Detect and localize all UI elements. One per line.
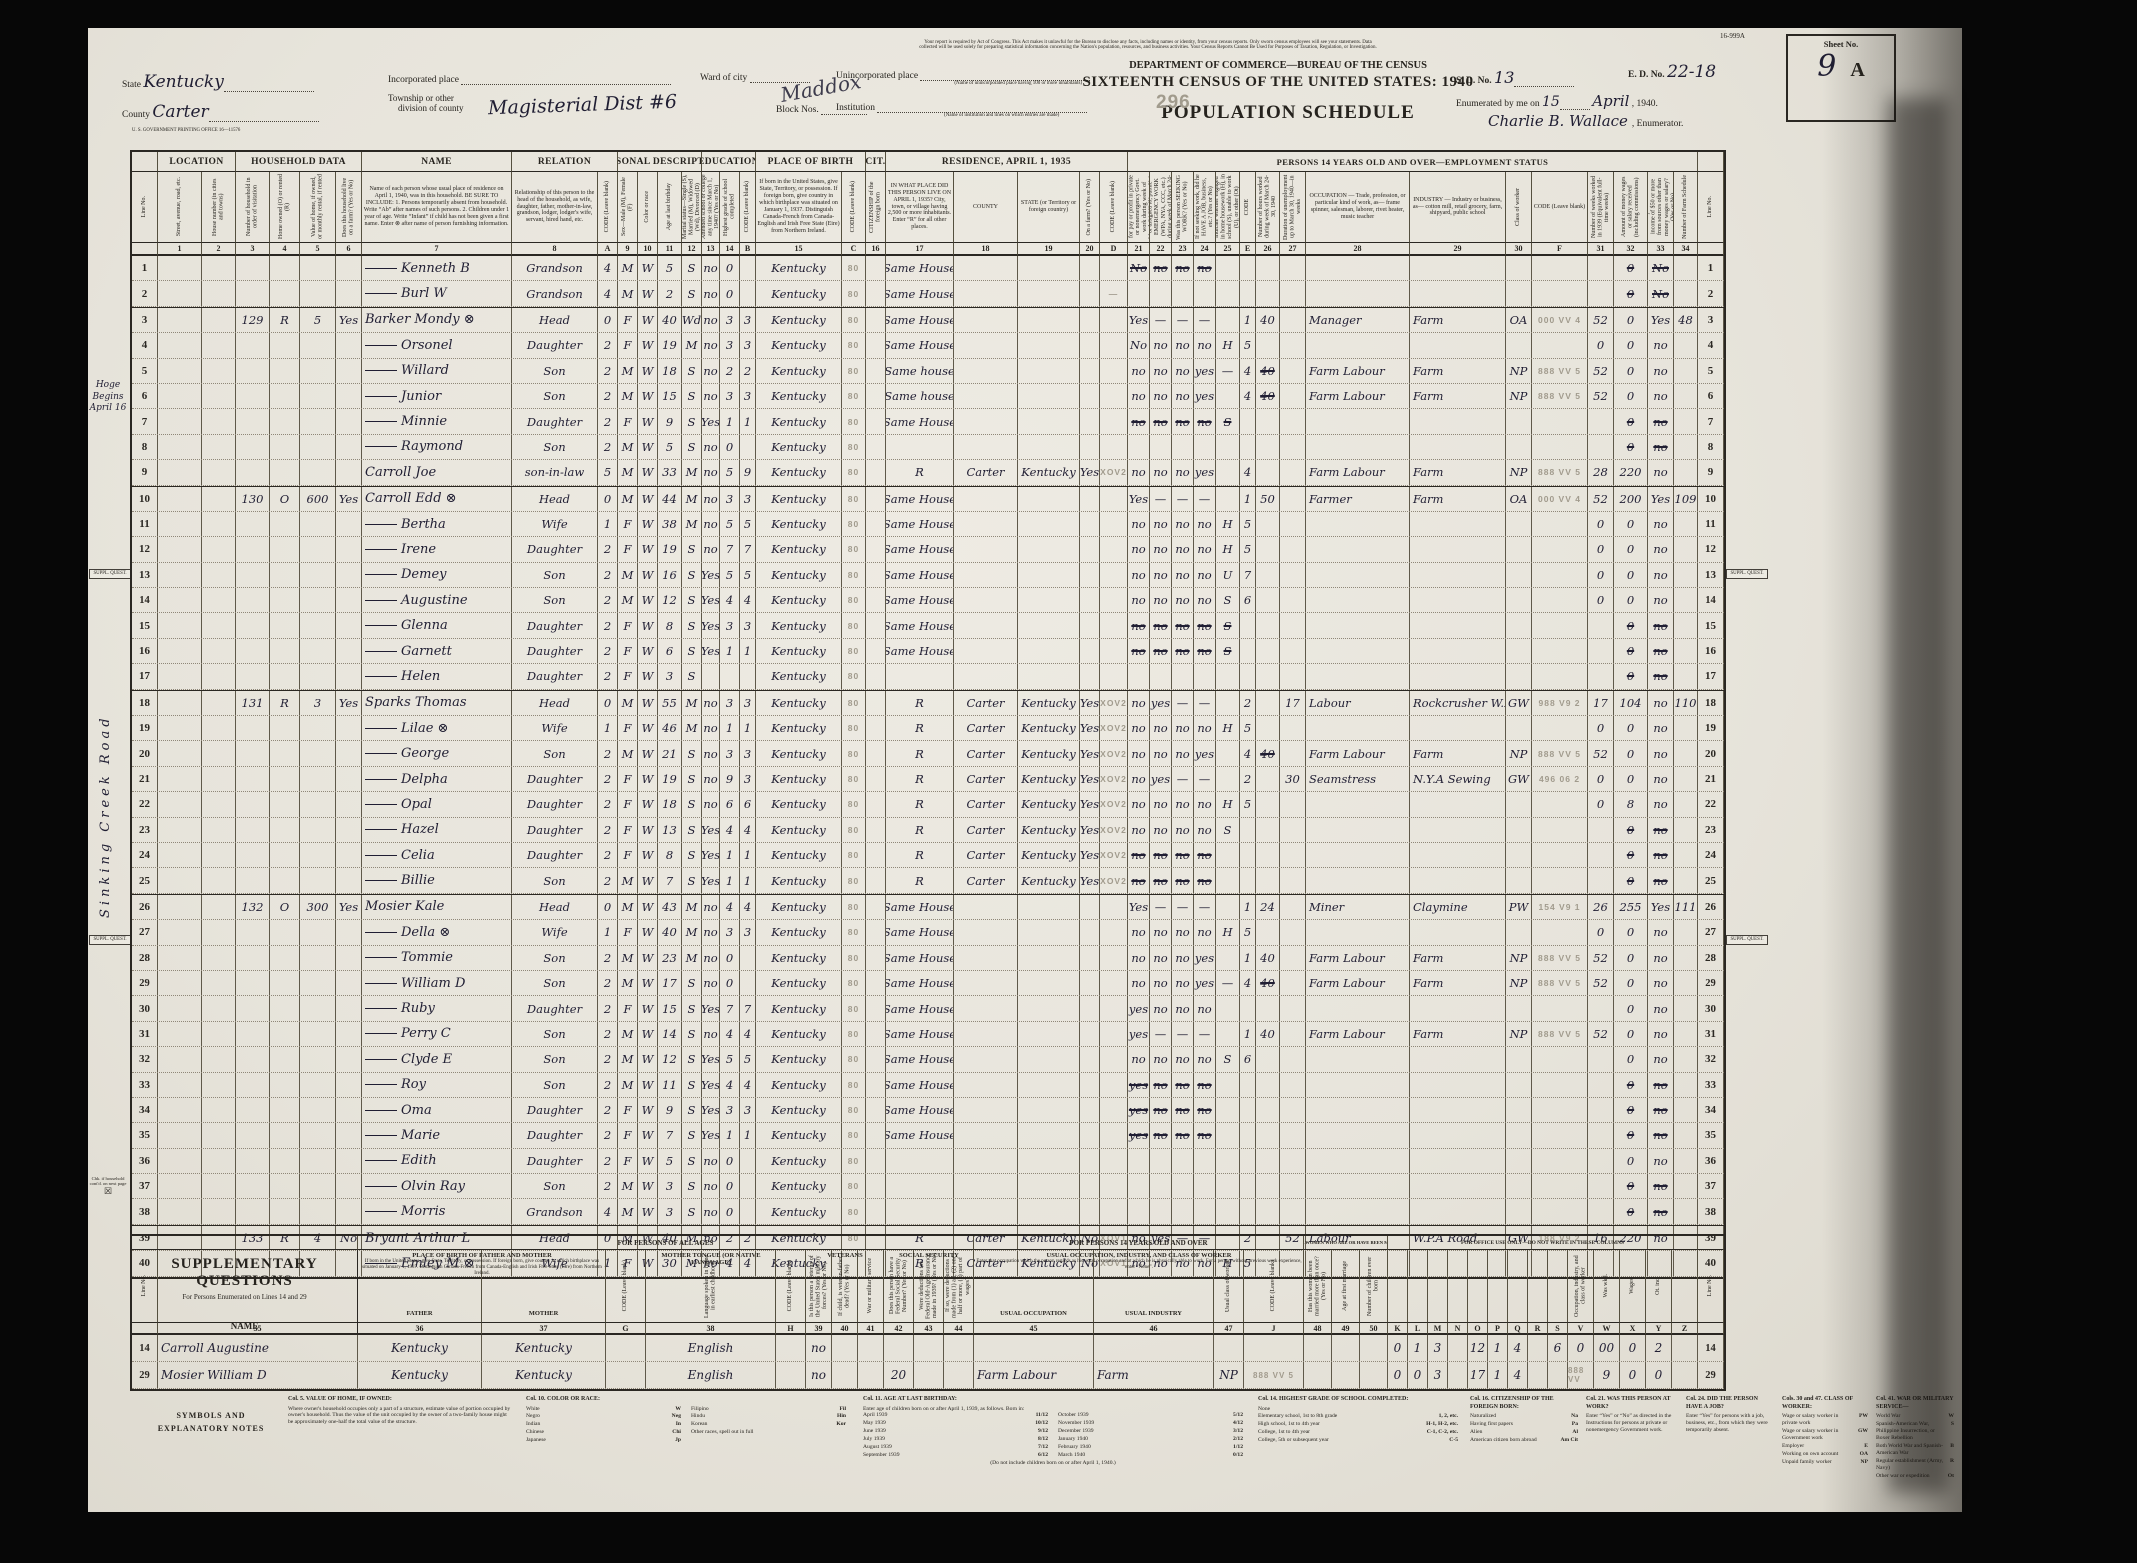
supp-column-label: Occupation, industry, and class of worke…: [1574, 1253, 1587, 1319]
value-ow: O: [280, 492, 289, 506]
value-c: 80: [848, 902, 859, 912]
cell-f: 154 V9 1: [1532, 895, 1588, 919]
cell-fs: [1674, 384, 1698, 408]
value-nm: Roy: [401, 1077, 426, 1092]
cell-f: [1532, 588, 1588, 612]
value-sx: F: [624, 1154, 632, 1168]
value-wg: 0: [1627, 669, 1634, 683]
cell-nm: Helen: [362, 664, 512, 688]
supp-column-header: Number of children ever born: [1360, 1250, 1388, 1322]
cell-cw: [1506, 563, 1532, 587]
value-ot: no: [1653, 1103, 1667, 1117]
cell-c: 80: [842, 843, 866, 867]
value-ot: no: [1653, 1128, 1667, 1142]
cell-cw: NP: [1506, 359, 1532, 383]
cell-cw: [1506, 996, 1532, 1020]
cell-wg: 0: [1614, 333, 1648, 357]
value-b: 5: [744, 1052, 751, 1066]
cell-at: no: [702, 384, 720, 408]
cell-e: [1240, 996, 1256, 1020]
cell-b: 4: [740, 588, 756, 612]
value-q22: no: [1153, 1078, 1167, 1092]
value-rs: Same House: [886, 900, 954, 914]
cell-rs: R: [886, 792, 954, 816]
cell-blank: [202, 460, 236, 484]
value-wg: 255: [1620, 900, 1642, 914]
cell-d: [1100, 359, 1128, 383]
cell-rs: [886, 435, 954, 459]
value-nm: Morris: [401, 1204, 445, 1219]
cell-ln: 34: [132, 1098, 158, 1122]
cell-in: [1410, 409, 1506, 433]
cell-fs: [1674, 920, 1698, 944]
cell-blank: [158, 308, 202, 332]
value-pb: Kentucky: [771, 644, 825, 658]
cell-blank: [866, 613, 886, 637]
cell-hr: [1256, 409, 1280, 433]
cell-ow: [270, 512, 300, 536]
note-entry: HinduHin: [691, 1413, 846, 1421]
cell-hr: [1256, 639, 1280, 663]
value-q24: no: [1197, 542, 1211, 556]
ditto-dash: [365, 625, 397, 626]
cell-in: Farm: [1410, 741, 1506, 765]
cell-ln: 1: [132, 256, 158, 280]
cell-wg: 0: [1614, 639, 1648, 663]
cell-hh: [236, 946, 270, 970]
cell-ln: 23: [1698, 818, 1724, 842]
value-q22: no: [1153, 542, 1167, 556]
cell-rc: W: [638, 971, 658, 995]
cell-vl: [300, 741, 336, 765]
cell-blank: [158, 487, 202, 511]
cell-rs: Same House: [886, 409, 954, 433]
cell-q23: no: [1172, 639, 1194, 663]
cell-at: no: [702, 256, 720, 280]
supp-row: 14Carroll AugustineKentuckyKentuckyEngli…: [132, 1335, 1724, 1362]
cell-ln: 28: [132, 946, 158, 970]
supplementary-questions-table: FOR PERSONS OF ALL AGESFOR PERSONS 14 YE…: [130, 1234, 1726, 1391]
cell-at: no: [702, 792, 720, 816]
cell-oc: [1306, 1123, 1410, 1147]
cell-ot: no: [1648, 920, 1674, 944]
cell-f: [1532, 868, 1588, 892]
column-group: HOUSEHOLD DATA: [236, 152, 362, 172]
note-entry-abbr: Pa: [1572, 1421, 1578, 1428]
enumeration-month: April: [1592, 92, 1629, 110]
cell-b: [740, 946, 756, 970]
value-at: Yes: [702, 568, 720, 582]
cell-q25: S: [1216, 818, 1240, 842]
cell-ln: 28: [1698, 946, 1724, 970]
cell-q21: no: [1128, 716, 1150, 740]
cell-hh: [236, 741, 270, 765]
value-q21: no: [1131, 797, 1145, 811]
value-wk: 52: [1593, 1027, 1608, 1041]
cell-co: [954, 588, 1018, 612]
value-at: no: [703, 389, 717, 403]
cell-c: 80: [842, 691, 866, 715]
cell-wk: 52: [1588, 946, 1614, 970]
cell-ln: 12: [1698, 537, 1724, 561]
cell-cw: NP: [1506, 741, 1532, 765]
cell-rf: Yes: [1080, 843, 1100, 867]
cell-f: [1532, 996, 1588, 1020]
cell-ag: 18: [658, 359, 682, 383]
value-in: N.Y.A Sewing: [1413, 772, 1491, 786]
value-e: 4: [1244, 389, 1251, 403]
cell-blank: [158, 409, 202, 433]
value-gr: 3: [726, 313, 733, 327]
cell-hr: 40: [1256, 384, 1280, 408]
cell-q24: no: [1194, 256, 1216, 280]
cell-mr: S: [682, 868, 702, 892]
cell-q21: no: [1128, 359, 1150, 383]
cell-oc: Farm Labour: [1306, 946, 1410, 970]
supp-column-label: Does this person have a Federal Social S…: [889, 1253, 909, 1319]
value-pb: Kentucky: [771, 364, 825, 378]
supp-cell-ln: 29: [132, 1362, 158, 1388]
state-value: Kentucky: [143, 72, 223, 92]
cell-co: [954, 384, 1018, 408]
cell-d: [1100, 563, 1128, 587]
supp-cell-uc: [1214, 1335, 1244, 1361]
cell-rel: Daughter: [512, 1123, 598, 1147]
cell-wg: 0: [1614, 256, 1648, 280]
cell-rf: Yes: [1080, 741, 1100, 765]
column-label: CITIZENSHIP of the foreign born: [869, 174, 882, 240]
cell-fs: [1674, 664, 1698, 688]
value-wg: 0: [1627, 1002, 1634, 1016]
cell-oc: Farm Labour: [1306, 384, 1410, 408]
note-entry-abbr: Fil: [839, 1406, 846, 1413]
value-rel: Son: [543, 364, 565, 378]
cell-e: 4: [1240, 971, 1256, 995]
value-pb: Kentucky: [771, 287, 825, 301]
cell-q23: no: [1172, 537, 1194, 561]
supp-column-header: If child, is veteran-father dead? (Yes o…: [832, 1250, 858, 1322]
cell-hh: [236, 460, 270, 484]
cell-vl: [300, 664, 336, 688]
value-pb: Kentucky: [771, 1052, 825, 1066]
value-e: 4: [1244, 747, 1251, 761]
cell-oc: [1306, 613, 1410, 637]
cell-b: 3: [740, 613, 756, 637]
cell-q24: no: [1194, 868, 1216, 892]
cell-q23: no: [1172, 996, 1194, 1020]
value-ot: no: [1653, 644, 1667, 658]
value-ag: 55: [662, 696, 677, 710]
cell-blank: [202, 664, 236, 688]
value-q22: no: [1153, 1002, 1167, 1016]
cell-f: 496 06 2: [1532, 767, 1588, 791]
value-ot: no: [1653, 747, 1667, 761]
cell-wg: 0: [1614, 716, 1648, 740]
value-ag: 17: [662, 976, 677, 990]
cell-gr: 0: [720, 256, 740, 280]
cell-b: 4: [740, 818, 756, 842]
cell-q23: no: [1172, 920, 1194, 944]
value-ot: no: [1653, 1078, 1667, 1092]
value-wg: 0: [1627, 823, 1634, 837]
supp-column-label: Were deductions for Federal Old-Age Insu…: [919, 1253, 939, 1319]
supp-value-v0: 0: [1577, 1341, 1585, 1355]
cell-fs: [1674, 563, 1698, 587]
cell-st: [1018, 946, 1080, 970]
value-b: 7: [744, 542, 751, 556]
value-rf: Yes: [1080, 721, 1099, 735]
supp-row: 29Mosier William DKentuckyKentuckyEnglis…: [132, 1362, 1724, 1389]
value-a: 0: [604, 313, 611, 327]
cell-q22: no: [1150, 996, 1172, 1020]
cell-a: 2: [598, 946, 618, 970]
cell-ag: 7: [658, 1123, 682, 1147]
value-at: no: [703, 440, 717, 454]
cell-st: [1018, 895, 1080, 919]
value-pb: Kentucky: [771, 261, 825, 275]
supp-column-header: Were deductions for Federal Old-Age Insu…: [914, 1250, 944, 1322]
value-rs: Same house: [886, 364, 954, 378]
cell-nm: Morris: [362, 1199, 512, 1223]
value-wg: 0: [1627, 1179, 1634, 1193]
value-at: no: [703, 492, 717, 506]
note-entry: College, 1st to 4th yearC-1, C-2, etc.: [1258, 1429, 1458, 1437]
state-field: State Kentucky: [122, 72, 314, 92]
cell-sx: F: [618, 664, 638, 688]
value-gr: 4: [726, 1027, 733, 1041]
value-b: 1: [744, 721, 751, 735]
cell-a: 2: [598, 384, 618, 408]
cell-e: 7: [1240, 563, 1256, 587]
cell-st: [1018, 971, 1080, 995]
table-row: 36EdithDaughter2FW5Sno0Kentucky800no36: [132, 1149, 1724, 1174]
page-number-stamp: 296: [1156, 92, 1191, 114]
cell-du: [1280, 741, 1306, 765]
supp-value-v2: 0: [1629, 1368, 1637, 1382]
cell-fm: [336, 563, 362, 587]
note-entry: June 19399/12: [863, 1428, 1048, 1436]
note-entry-abbr: 8/12: [1038, 1436, 1048, 1443]
cell-pb: Kentucky: [756, 639, 842, 663]
supp-value-v3: 2: [1655, 1341, 1663, 1355]
note-entry: October 19395/12: [1058, 1412, 1243, 1420]
value-wg: 0: [1627, 542, 1634, 556]
cell-rf: [1080, 971, 1100, 995]
cell-rs: Same House: [886, 1123, 954, 1147]
cell-vl: [300, 537, 336, 561]
cell-q23: no: [1172, 588, 1194, 612]
supp-column-number: Q: [1508, 1322, 1528, 1335]
cell-fm: [336, 613, 362, 637]
suppl-quest-marker-left-29: SUPPL. QUEST.: [89, 935, 131, 945]
column-label: On a farm? (Yes or No): [1086, 179, 1093, 236]
cell-mr: M: [682, 512, 702, 536]
cell-sx: F: [618, 333, 638, 357]
cell-co: [954, 409, 1018, 433]
cell-e: [1240, 1098, 1256, 1122]
cell-wk: [1588, 868, 1614, 892]
table-row: 29William DSon2MW17Sno0Kentucky80Same Ho…: [132, 971, 1724, 996]
note-entry-abbr: 2/12: [1233, 1436, 1243, 1443]
cell-hh: [236, 1073, 270, 1097]
column-label: Amount of money wages or salary received…: [1621, 174, 1641, 240]
cell-blank: [866, 537, 886, 561]
cell-q22: [1150, 1149, 1172, 1173]
cell-a: 2: [598, 664, 618, 688]
column-number: 19: [1018, 242, 1080, 256]
note-entry-label: Wage or salary worker in Government work: [1782, 1428, 1854, 1442]
table-row: 30RubyDaughter2FW15SYes77Kentucky80Same …: [132, 996, 1724, 1021]
value-pb: Kentucky: [771, 900, 825, 914]
cell-fm: [336, 1098, 362, 1122]
value-ag: 40: [662, 925, 677, 939]
supp-column-label: CODE (Leave blank): [622, 1260, 629, 1311]
cell-e: [1240, 818, 1256, 842]
value-wk: 17: [1593, 696, 1608, 710]
cell-hh: [236, 818, 270, 842]
cell-c: 80: [842, 281, 866, 305]
note-entry-abbr: In: [676, 1421, 681, 1428]
cell-vl: [300, 1149, 336, 1173]
cell-blank: [866, 1199, 886, 1223]
cell-blank: [866, 1073, 886, 1097]
value-mr: S: [688, 415, 696, 429]
cell-q22: [1150, 1199, 1172, 1223]
value-q25: S: [1224, 415, 1232, 429]
value-at: no: [703, 313, 717, 327]
value-at: no: [703, 338, 717, 352]
table-subheader-row: Line No.Street, avenue, road, etc.House …: [132, 172, 1724, 242]
column-label: Value of home, if owned, or monthly rent…: [311, 174, 324, 240]
value-q23: no: [1175, 593, 1189, 607]
cell-rf: [1080, 435, 1100, 459]
column-number: [132, 242, 158, 256]
supp-column-header: CODE (Leave blank): [776, 1250, 806, 1322]
supp-column-number: V: [1568, 1322, 1594, 1335]
cell-ln: 27: [1698, 920, 1724, 944]
cell-du: [1280, 487, 1306, 511]
cell-ow: [270, 741, 300, 765]
cell-ln: 9: [1698, 460, 1724, 484]
cell-ag: 9: [658, 409, 682, 433]
column-group: NAME: [362, 152, 512, 172]
cell-wg: 200: [1614, 487, 1648, 511]
column-number: 25: [1216, 242, 1240, 256]
cell-q21: no: [1128, 792, 1150, 816]
cell-ot: no: [1648, 512, 1674, 536]
cell-q21: no: [1128, 639, 1150, 663]
value-st: Kentucky: [1021, 465, 1075, 479]
cell-blank: [866, 409, 886, 433]
cell-mr: M: [682, 460, 702, 484]
table-row: 21DelphaDaughter2FW19Sno93Kentucky80RCar…: [132, 767, 1724, 792]
cell-rc: W: [638, 537, 658, 561]
cell-ag: 19: [658, 767, 682, 791]
cell-rc: W: [638, 716, 658, 740]
cell-wk: 0: [1588, 563, 1614, 587]
cell-q21: yes: [1128, 1098, 1150, 1122]
supp-column-number: [132, 1322, 158, 1335]
cell-rel: Son: [512, 1073, 598, 1097]
cell-hr: [1256, 818, 1280, 842]
cell-fs: 111: [1674, 895, 1698, 919]
value-in: Farm: [1413, 465, 1443, 479]
cell-q25: H: [1216, 537, 1240, 561]
note-entry: Unpaid family workerNP: [1782, 1459, 1868, 1467]
supp-column-label: Language spoken in home in earliest chil…: [704, 1253, 717, 1319]
value-rc: W: [642, 1179, 654, 1193]
value-sx: M: [622, 465, 634, 479]
cell-rel: Wife: [512, 920, 598, 944]
column-number: 8: [512, 242, 598, 256]
cell-rc: W: [638, 1199, 658, 1223]
cell-rf: [1080, 664, 1100, 688]
cell-gr: 0: [720, 946, 740, 970]
cell-hh: [236, 409, 270, 433]
cell-f: 888 VV 5: [1532, 741, 1588, 765]
value-wg: 0: [1627, 568, 1634, 582]
value-sx: M: [622, 389, 634, 403]
cell-du: [1280, 818, 1306, 842]
cell-oc: [1306, 256, 1410, 280]
cell-ot: no: [1648, 409, 1674, 433]
value-a: 2: [604, 823, 611, 837]
value-q21: yes: [1129, 1078, 1148, 1092]
value-st: Kentucky: [1021, 797, 1075, 811]
cell-a: 2: [598, 1073, 618, 1097]
value-rs: Same House: [886, 644, 954, 658]
cell-oc: [1306, 435, 1410, 459]
value-q22: no: [1153, 364, 1167, 378]
cell-pb: Kentucky: [756, 868, 842, 892]
value-mr: S: [688, 1205, 696, 1219]
value-q23: no: [1175, 951, 1189, 965]
supp-cell-w49: [1332, 1362, 1360, 1388]
cell-gr: 9: [720, 767, 740, 791]
cell-ow: [270, 767, 300, 791]
column-header: CODE: [1240, 172, 1256, 242]
table-row: 13DemeySon2MW16SYes55Kentucky80Same Hous…: [132, 563, 1724, 588]
cell-blank: [202, 487, 236, 511]
ed-label: E. D. No.: [1628, 70, 1665, 80]
cell-q22: no: [1150, 460, 1172, 484]
cell-wk: 17: [1588, 691, 1614, 715]
supp-value-v1: 9: [1603, 1368, 1611, 1382]
cell-e: 1: [1240, 895, 1256, 919]
value-rc: W: [642, 925, 654, 939]
cell-co: [954, 281, 1018, 305]
cell-q23: no: [1172, 1098, 1194, 1122]
value-at: no: [703, 517, 717, 531]
value-oc: Manager: [1309, 313, 1362, 327]
supp-value-mo: Kentucky: [515, 1368, 572, 1382]
cell-sx: F: [618, 818, 638, 842]
cell-nm: William D: [362, 971, 512, 995]
value-at: no: [703, 1205, 717, 1219]
value-f: 888 VV 5: [1538, 953, 1581, 963]
note-col10-entries: WhiteWNegroNegIndianInChineseChiJapanese…: [526, 1406, 846, 1446]
cell-co: [954, 946, 1018, 970]
cell-hh: [236, 333, 270, 357]
cell-vl: 3: [300, 691, 336, 715]
cell-q25: [1216, 256, 1240, 280]
institution-label: Institution: [836, 103, 875, 113]
supp-cell-w50: [1360, 1362, 1388, 1388]
cell-blank: [866, 1098, 886, 1122]
value-f: 988 V9 2: [1538, 698, 1580, 708]
cell-q23: no: [1172, 512, 1194, 536]
cell-fs: [1674, 588, 1698, 612]
